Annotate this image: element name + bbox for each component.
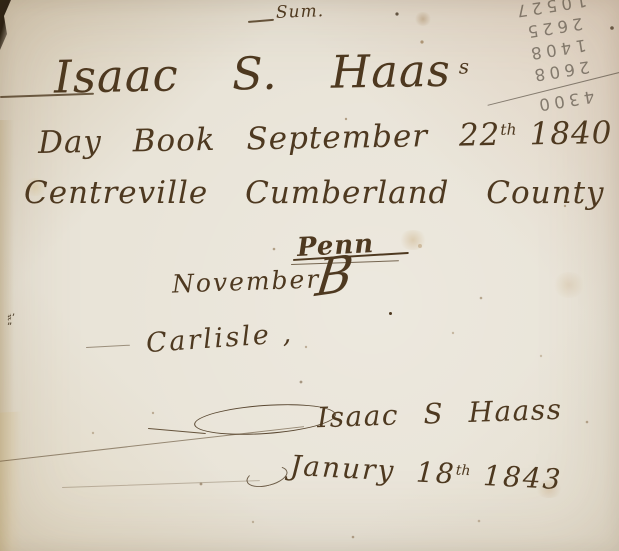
daybook-line: Day Book September 22th1840 [38, 117, 613, 160]
daybook-text: Day Book September 22 [38, 117, 501, 161]
flourish-b-glyph: B [313, 247, 356, 306]
town-leading-stroke [86, 345, 130, 348]
owner-title: Isaac S. Haass [54, 46, 471, 101]
town-name: Carlisle , [145, 320, 294, 359]
date-text: Janury 18 [289, 449, 456, 491]
date-leading-loop [244, 462, 289, 491]
sum-annotation: Sum. [276, 3, 325, 23]
daybook-year: 1840 [529, 115, 613, 152]
signature: Isaac S Haass [317, 395, 563, 433]
margin-mark: ” [7, 322, 12, 333]
hairline-stroke [0, 426, 304, 462]
margin-marks: ♯’ ” [7, 314, 15, 332]
ink-dot [389, 312, 392, 315]
date-year: 1843 [482, 459, 563, 496]
paper-stain [552, 272, 586, 298]
title-suffix-mark: s [459, 54, 471, 78]
date-line: Janury 18th1843 [289, 451, 563, 495]
signature-flourish-tail [148, 428, 206, 434]
manuscript-page-photo: Sum. 4300 2608 1408 2625 10527 Isaac S. … [0, 0, 619, 551]
paper-stain [414, 12, 432, 26]
signature-flourish-oval [193, 400, 337, 439]
page-left-edge-shading [0, 120, 14, 420]
paper-stain [398, 230, 428, 250]
page-edge-strip [0, 411, 22, 551]
daybook-ordinal: th [500, 121, 517, 139]
sum-leading-dash-stroke [248, 19, 274, 23]
month-word: November [172, 266, 321, 297]
date-ordinal: th [455, 462, 470, 479]
corner-arithmetic-upside-down: 4300 2608 1408 2625 10527 [484, 0, 619, 121]
hairline-stroke [62, 480, 260, 488]
page-corner-shadow [0, 0, 18, 50]
location-line: Centreville Cumberland County [24, 177, 605, 210]
owner-title-text: Isaac S. Haas [54, 44, 452, 104]
